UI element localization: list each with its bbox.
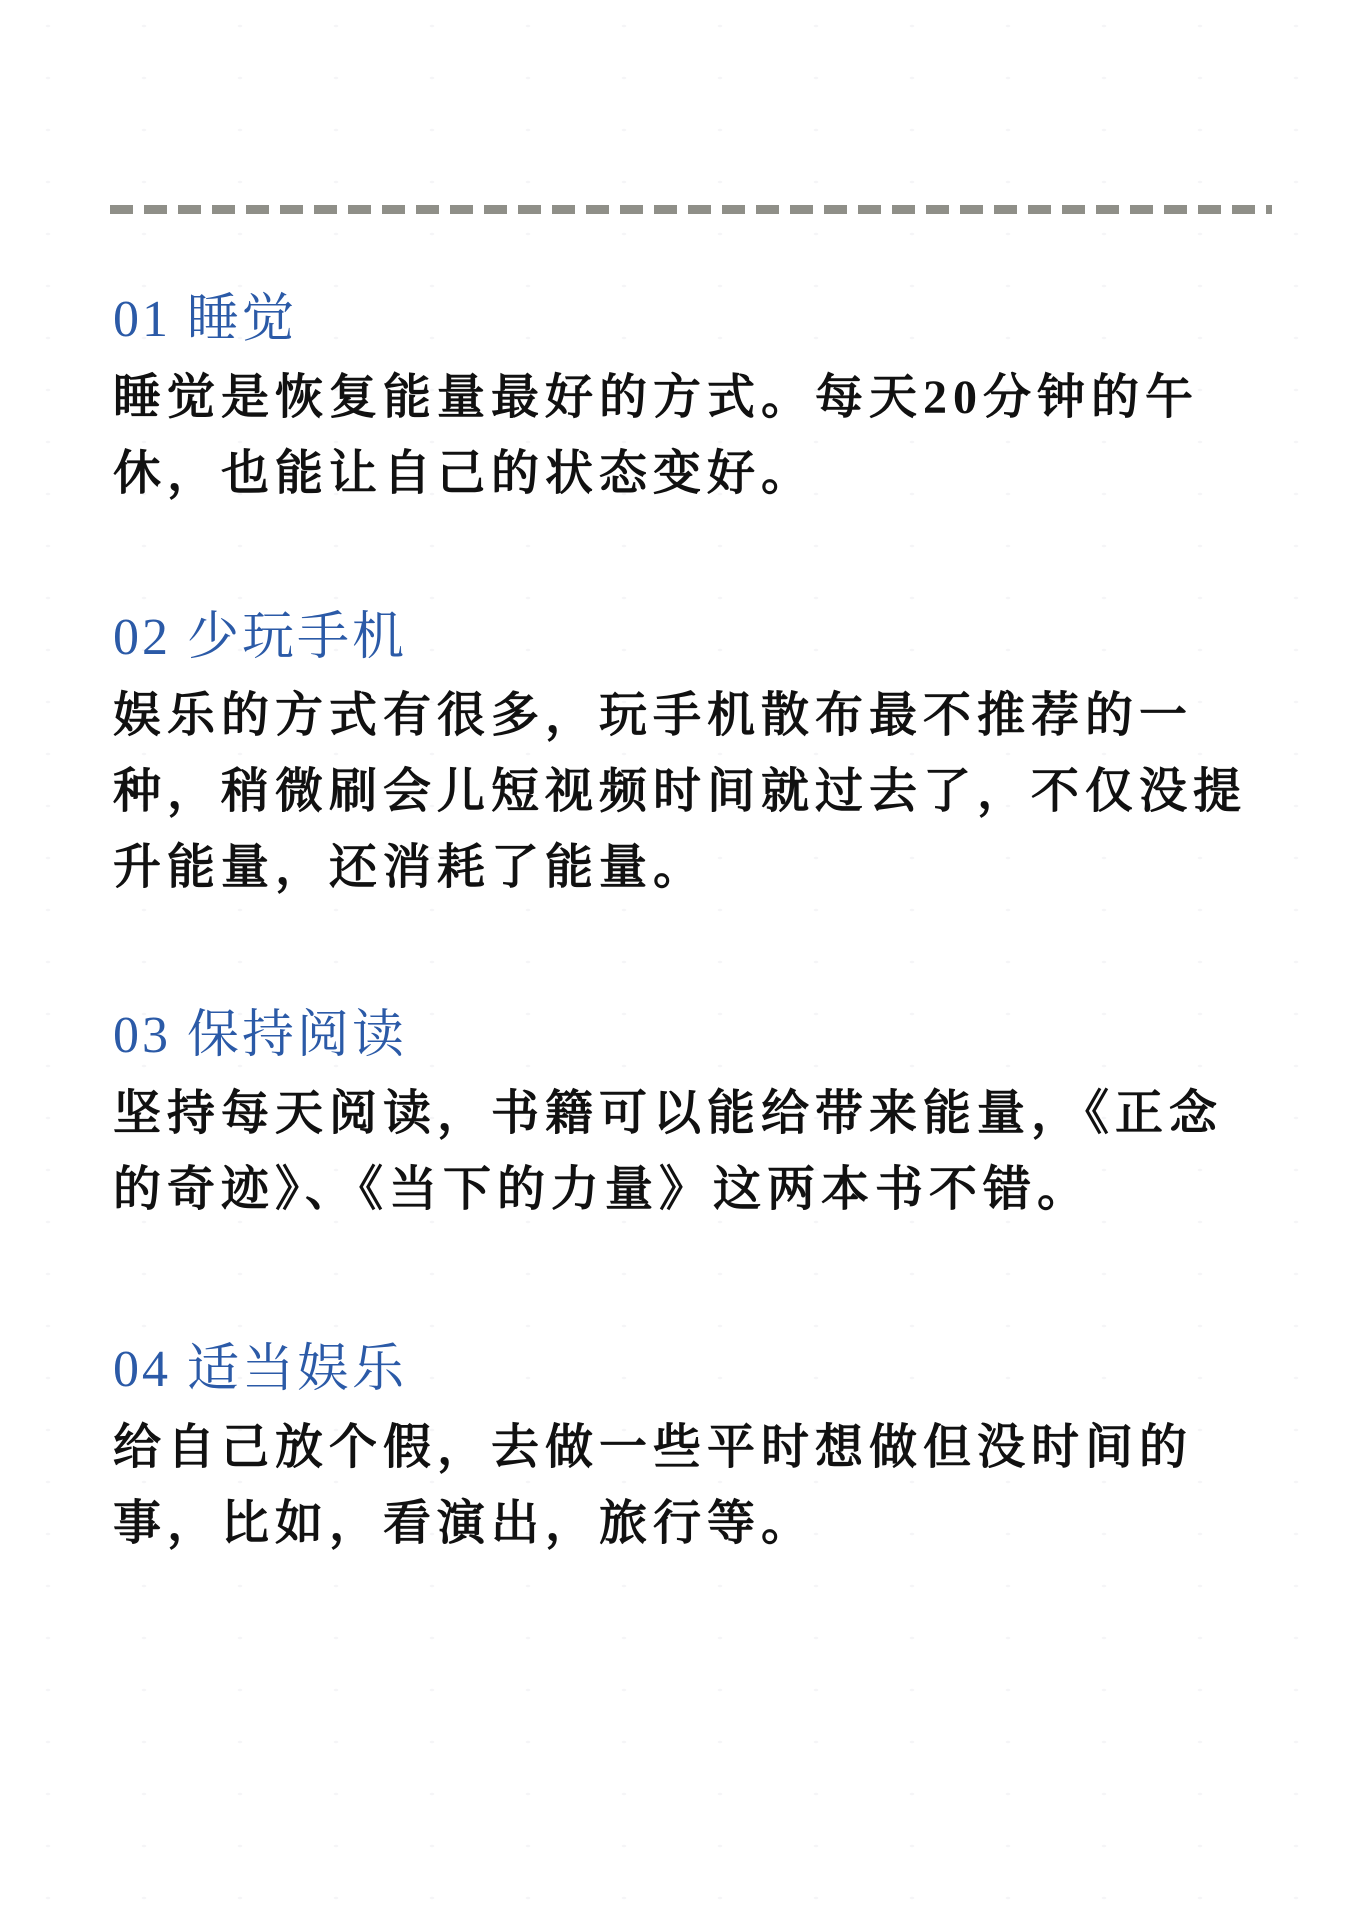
section-less-phone: 02 少玩手机 娱乐的方式有很多，玩手机散布最不推荐的一种，稍微刷会儿短视频时间… [113, 610, 1247, 906]
section-proper-entertainment: 04 适当娱乐 给自己放个假，去做一些平时想做但没时间的事，比如，看演出，旅行等… [113, 1342, 1247, 1562]
section-sleep: 01 睡觉 睡觉是恢复能量最好的方式。每天20分钟的午休，也能让自己的状态变好。 [113, 292, 1247, 512]
section-heading: 04 适当娱乐 [113, 1342, 1247, 1398]
dashed-divider [110, 205, 1272, 214]
section-body: 坚持每天阅读，书籍可以能给带来能量，《正念的奇迹》、《当下的力量》这两本书不错。 [113, 1076, 1247, 1228]
page-content: 01 睡觉 睡觉是恢复能量最好的方式。每天20分钟的午休，也能让自己的状态变好。… [0, 292, 1357, 1562]
section-body: 娱乐的方式有很多，玩手机散布最不推荐的一种，稍微刷会儿短视频时间就过去了，不仅没… [113, 678, 1247, 906]
section-heading: 02 少玩手机 [113, 610, 1247, 666]
section-body: 睡觉是恢复能量最好的方式。每天20分钟的午休，也能让自己的状态变好。 [113, 360, 1247, 512]
section-keep-reading: 03 保持阅读 坚持每天阅读，书籍可以能给带来能量，《正念的奇迹》、《当下的力量… [113, 1008, 1247, 1228]
section-heading: 03 保持阅读 [113, 1008, 1247, 1064]
note-page: 01 睡觉 睡觉是恢复能量最好的方式。每天20分钟的午休，也能让自己的状态变好。… [0, 0, 1357, 1920]
section-heading: 01 睡觉 [113, 292, 1247, 348]
section-body: 给自己放个假，去做一些平时想做但没时间的事，比如，看演出，旅行等。 [113, 1410, 1247, 1562]
